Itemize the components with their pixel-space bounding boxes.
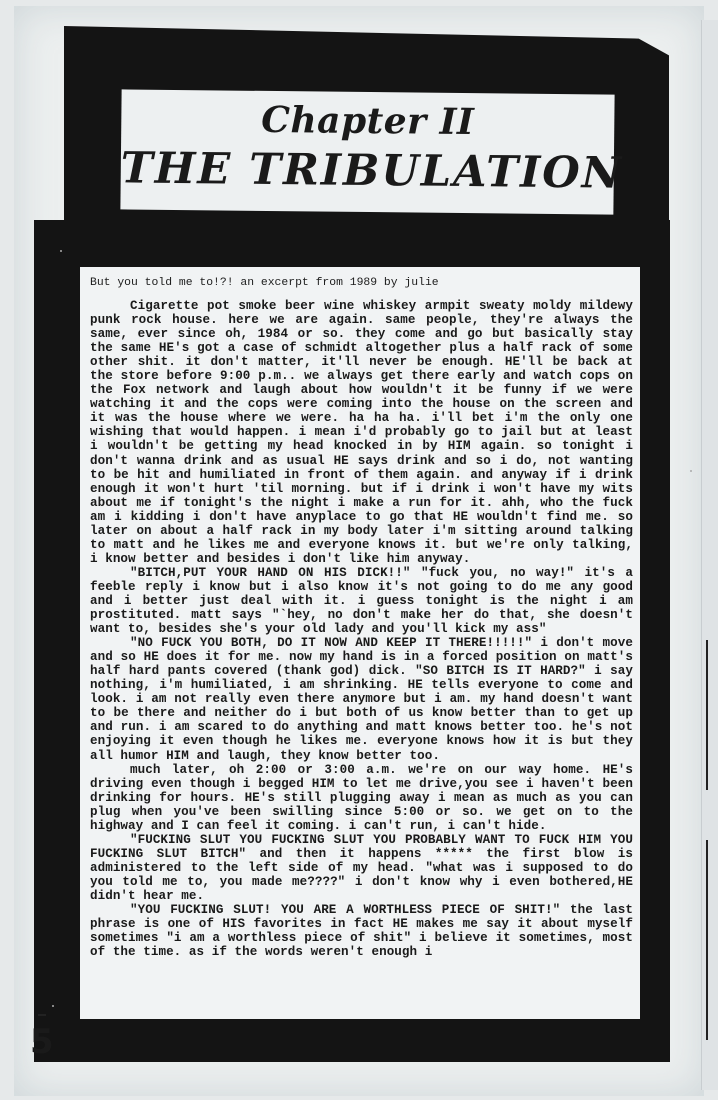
chapter-label: Chapter II	[121, 97, 614, 144]
paragraph: "FUCKING SLUT YOU FUCKING SLUT YOU PROBA…	[90, 833, 633, 903]
adjacent-page-edge	[701, 20, 718, 1090]
paragraph: "NO FUCK YOU BOTH, DO IT NOW AND KEEP IT…	[90, 636, 633, 762]
page-number: 5	[30, 1022, 54, 1062]
paragraph: "BITCH,PUT YOUR HAND ON HIS DICK!!" "fuc…	[90, 566, 633, 636]
speck	[690, 470, 692, 472]
speck	[60, 250, 62, 252]
chapter-title: THE TRIBULATION	[121, 143, 614, 198]
article-text-box: But you told me to!?! an excerpt from 19…	[80, 267, 640, 1019]
paragraph: Cigarette pot smoke beer wine whiskey ar…	[90, 299, 633, 566]
paragraph: "YOU FUCKING SLUT! YOU ARE A WORTHLESS P…	[90, 903, 633, 959]
byline: But you told me to!?! an excerpt from 19…	[90, 277, 640, 289]
page-number-tick	[38, 1014, 46, 1016]
speck	[52, 1005, 54, 1007]
title-cutout: Chapter II THE TRIBULATION	[120, 89, 614, 214]
paragraph: much later, oh 2:00 or 3:00 a.m. we're o…	[90, 763, 633, 833]
article-body: Cigarette pot smoke beer wine whiskey ar…	[90, 299, 640, 959]
